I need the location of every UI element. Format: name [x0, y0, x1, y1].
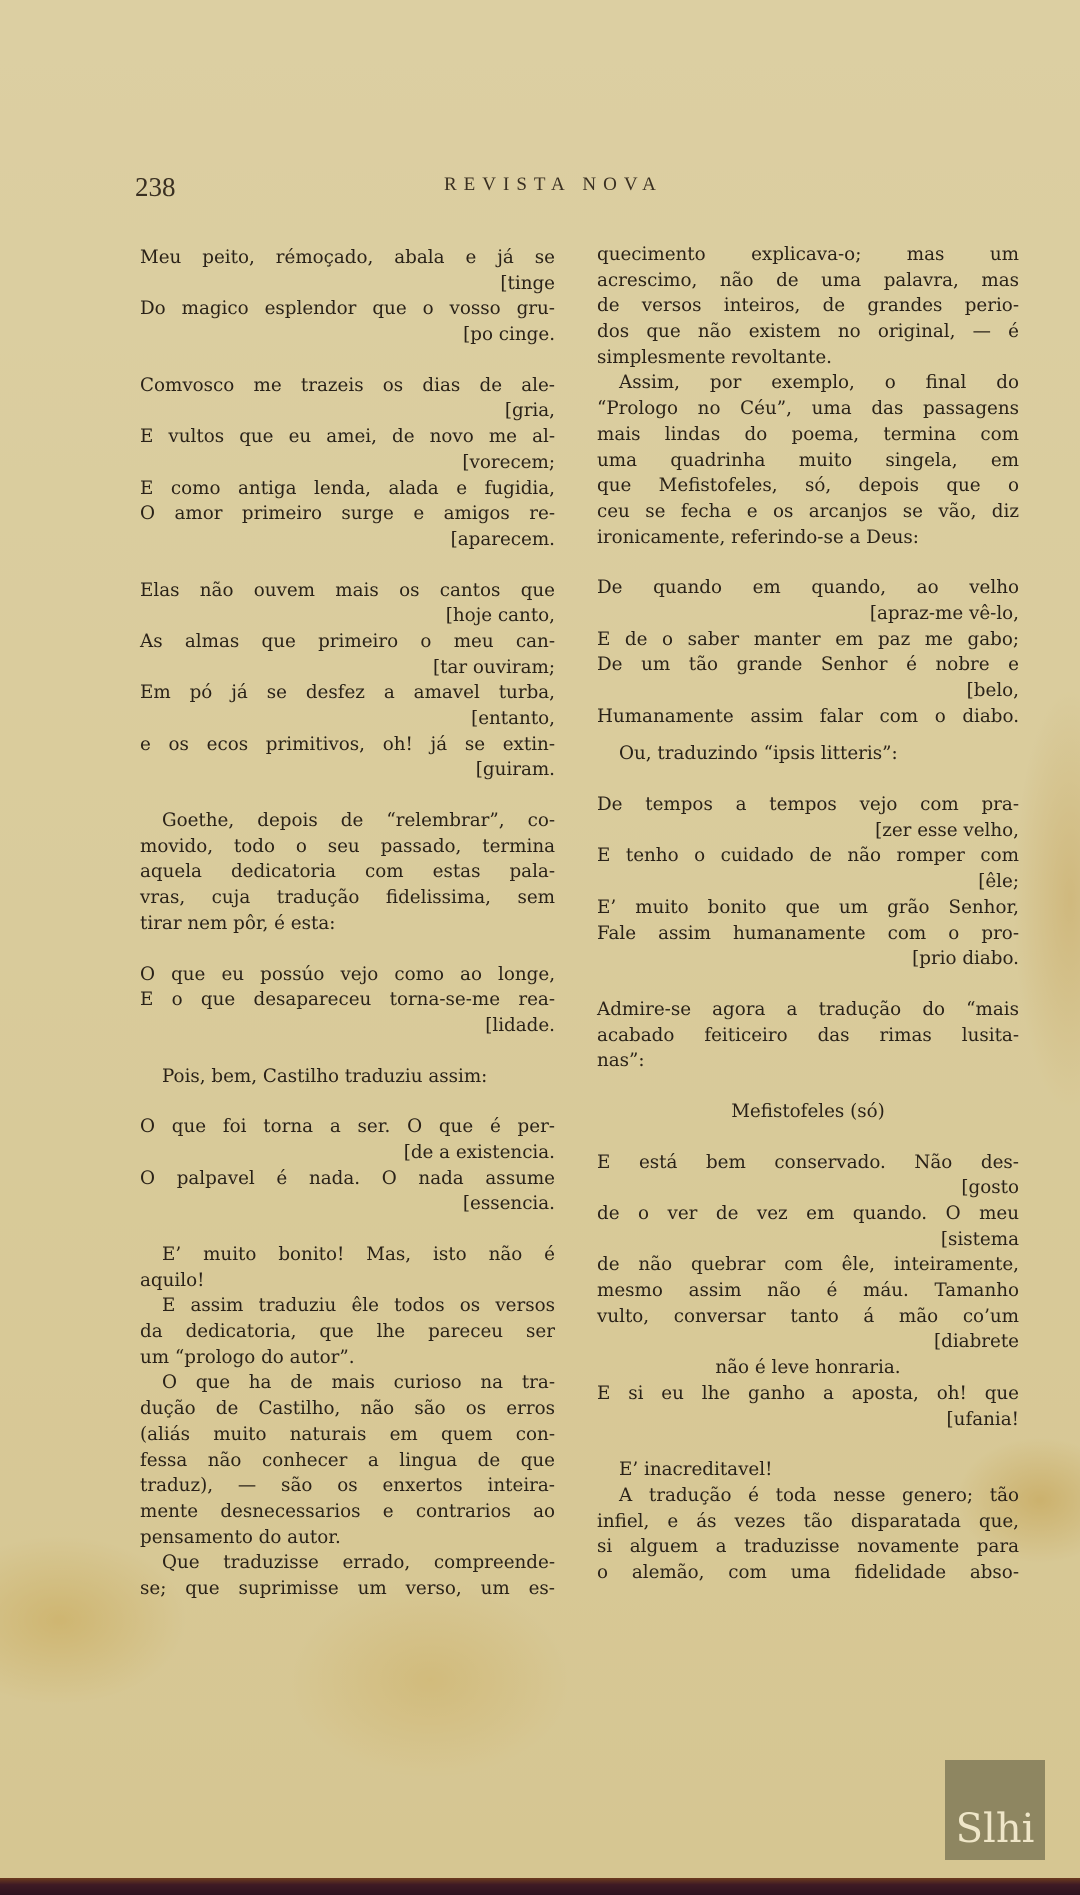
text-line: E de o saber manter em paz me gabo;	[597, 627, 1019, 653]
text-line: se; que suprimisse um verso, um es-	[140, 1576, 555, 1602]
stanza-gap	[140, 1089, 555, 1114]
verse-continuation: [sistema	[597, 1227, 1019, 1253]
paragraph-start: Que traduzisse errado, compreende-	[140, 1550, 555, 1576]
text-line: ironicamente, referindo-se a Deus:	[597, 525, 1019, 551]
text-line: Admire-se agora a tradução do “mais	[597, 997, 1019, 1023]
paragraph-start: E assim traduziu êle todos os versos	[140, 1293, 555, 1319]
text-line: E’ muito bonito que um grão Senhor,	[597, 895, 1019, 921]
text-line: Humanamente assim falar com o diabo.	[597, 704, 1019, 730]
text-line: As almas que primeiro o meu can-	[140, 629, 555, 655]
verse-continuation: [gria,	[140, 398, 555, 424]
stanza-gap	[140, 1039, 555, 1064]
stanza-gap	[140, 937, 555, 962]
text-line: mente desnecessarios e contrarios ao	[140, 1499, 555, 1525]
text-line: Meu peito, rémoçado, abala e já se	[140, 245, 555, 271]
verse-continuation: [aparecem.	[140, 527, 555, 553]
text-line: que Mefistofeles, só, depois que o	[597, 473, 1019, 499]
verse-continuation: [de a existencia.	[140, 1140, 555, 1166]
text-line: (aliás muito naturais em quem con-	[140, 1422, 555, 1448]
text-line: movido, todo o seu passado, termina	[140, 834, 555, 860]
text-line: O que foi torna a ser. O que é per-	[140, 1114, 555, 1140]
text-line: Do magico esplendor que o vosso gru-	[140, 296, 555, 322]
text-line: e os ecos primitivos, oh! já se extin-	[140, 732, 555, 758]
text-line: acabado feiticeiro das rimas lusita-	[597, 1023, 1019, 1049]
paragraph-start: Assim, por exemplo, o final do	[597, 370, 1019, 396]
text-line: de não quebrar com êle, inteiramente,	[597, 1252, 1019, 1278]
watermark-logo: Slhi	[945, 1760, 1045, 1860]
text-line: E si eu lhe ganho a aposta, oh! que	[597, 1381, 1019, 1407]
centered-line: não é leve honraria.	[597, 1355, 1019, 1381]
text-line: O que eu possúo vejo como ao longe,	[140, 962, 555, 988]
text-line: um “prologo do autor”.	[140, 1345, 555, 1371]
verse-continuation: [diabrete	[597, 1329, 1019, 1355]
text-line: De um tão grande Senhor é nobre e	[597, 652, 1019, 678]
paragraph-start: A tradução é toda nesse genero; tão	[597, 1483, 1019, 1509]
verse-continuation: [entanto,	[140, 706, 555, 732]
text-line: mesmo assim não é máu. Tamanho	[597, 1278, 1019, 1304]
stanza-gap	[140, 348, 555, 373]
verse-continuation: [êle;	[597, 869, 1019, 895]
paragraph-start: Goethe, depois de “relembrar”, co-	[140, 808, 555, 834]
stanza-gap	[140, 1217, 555, 1242]
text-line: acrescimo, não de uma palavra, mas	[597, 268, 1019, 294]
text-line: nas”:	[597, 1048, 1019, 1074]
text-line: dos que não existem no original, — é	[597, 319, 1019, 345]
text-line: pensamento do autor.	[140, 1525, 555, 1551]
paragraph-start: E’ inacreditavel!	[597, 1457, 1019, 1483]
paragraph-start: Pois, bem, Castilho traduziu assim:	[140, 1064, 555, 1090]
text-line: E vultos que eu amei, de novo me al-	[140, 424, 555, 450]
text-line: Elas não ouvem mais os cantos que	[140, 578, 555, 604]
verse-continuation: [gosto	[597, 1175, 1019, 1201]
verse-continuation: [vorecem;	[140, 450, 555, 476]
stanza-gap	[597, 767, 1019, 792]
text-line: Em pó já se desfez a amavel turba,	[140, 680, 555, 706]
text-line: vras, cuja tradução fidelissima, sem	[140, 885, 555, 911]
text-line: simplesmente revoltante.	[597, 345, 1019, 371]
verse-continuation: [tar ouviram;	[140, 655, 555, 681]
running-title: REVISTA NOVA	[444, 174, 663, 196]
verse-continuation: [hoje canto,	[140, 603, 555, 629]
left-text-column: Meu peito, rémoçado, abala e já se[tinge…	[140, 245, 555, 1602]
watermark-text: Slhi	[956, 1806, 1035, 1852]
stanza-gap	[597, 550, 1019, 575]
text-line: traduz), — são os enxertos inteira-	[140, 1473, 555, 1499]
text-line: infiel, e ás vezes tão disparatada que,	[597, 1509, 1019, 1535]
text-line: E como antiga lenda, alada e fugidia,	[140, 476, 555, 502]
text-line: E tenho o cuidado de não romper com	[597, 843, 1019, 869]
text-line: uma quadrinha muito singela, em	[597, 448, 1019, 474]
text-line: Comvosco me trazeis os dias de ale-	[140, 373, 555, 399]
text-line: de versos inteiros, de grandes perio-	[597, 293, 1019, 319]
verse-continuation: [po cinge.	[140, 322, 555, 348]
stanza-gap	[140, 553, 555, 578]
verse-continuation: [lidade.	[140, 1013, 555, 1039]
text-line: O amor primeiro surge e amigos re-	[140, 501, 555, 527]
text-line: o alemão, com uma fidelidade abso-	[597, 1560, 1019, 1586]
text-line: dução de Castilho, não são os erros	[140, 1396, 555, 1422]
text-line: “Prologo no Céu”, uma das passagens	[597, 396, 1019, 422]
right-text-column: quecimento explicava-o; mas umacrescimo,…	[597, 242, 1019, 1586]
stanza-gap	[597, 1125, 1019, 1150]
stanza-gap	[597, 729, 1019, 741]
centered-line: Mefistofeles (só)	[597, 1099, 1019, 1125]
text-line: da dedicatoria, que lhe pareceu ser	[140, 1319, 555, 1345]
verse-continuation: [ufania!	[597, 1407, 1019, 1433]
verse-continuation: [apraz-me vê-lo,	[597, 601, 1019, 627]
text-line: aquela dedicatoria com estas pala-	[140, 859, 555, 885]
paragraph-start: Ou, traduzindo “ipsis litteris”:	[597, 741, 1019, 767]
verse-continuation: [essencia.	[140, 1191, 555, 1217]
text-line: fessa não conhecer a lingua de que	[140, 1448, 555, 1474]
stanza-gap	[597, 972, 1019, 997]
verse-continuation: [tinge	[140, 271, 555, 297]
text-line: De tempos a tempos vejo com pra-	[597, 792, 1019, 818]
verse-continuation: [belo,	[597, 678, 1019, 704]
text-line: mais lindas do poema, termina com	[597, 422, 1019, 448]
verse-continuation: [zer esse velho,	[597, 818, 1019, 844]
text-line: vulto, conversar tanto á mão co’um	[597, 1304, 1019, 1330]
stanza-gap	[140, 783, 555, 808]
text-line: E o que desapareceu torna-se-me rea-	[140, 987, 555, 1013]
page-header: 238 REVISTA NOVA	[135, 172, 1005, 202]
verse-continuation: [prio diabo.	[597, 946, 1019, 972]
text-line: O palpavel é nada. O nada assume	[140, 1166, 555, 1192]
page-number: 238	[135, 172, 176, 203]
text-line: Fale assim humanamente com o pro-	[597, 921, 1019, 947]
paragraph-start: E’ muito bonito! Mas, isto não é	[140, 1242, 555, 1268]
stanza-gap	[597, 1432, 1019, 1457]
text-line: si alguem a traduzisse novamente para	[597, 1534, 1019, 1560]
page-bottom-edge	[0, 1878, 1080, 1895]
paragraph-start: O que ha de mais curioso na tra-	[140, 1370, 555, 1396]
text-line: de o ver de vez em quando. O meu	[597, 1201, 1019, 1227]
text-line: De quando em quando, ao velho	[597, 575, 1019, 601]
text-line: ceu se fecha e os arcanjos se vão, diz	[597, 499, 1019, 525]
text-line: tirar nem pôr, é esta:	[140, 911, 555, 937]
stanza-gap	[597, 1074, 1019, 1099]
verse-continuation: [guiram.	[140, 757, 555, 783]
text-line: aquilo!	[140, 1268, 555, 1294]
text-line: quecimento explicava-o; mas um	[597, 242, 1019, 268]
scanned-page: 238 REVISTA NOVA Meu peito, rémoçado, ab…	[0, 0, 1080, 1878]
text-line: E está bem conservado. Não des-	[597, 1150, 1019, 1176]
